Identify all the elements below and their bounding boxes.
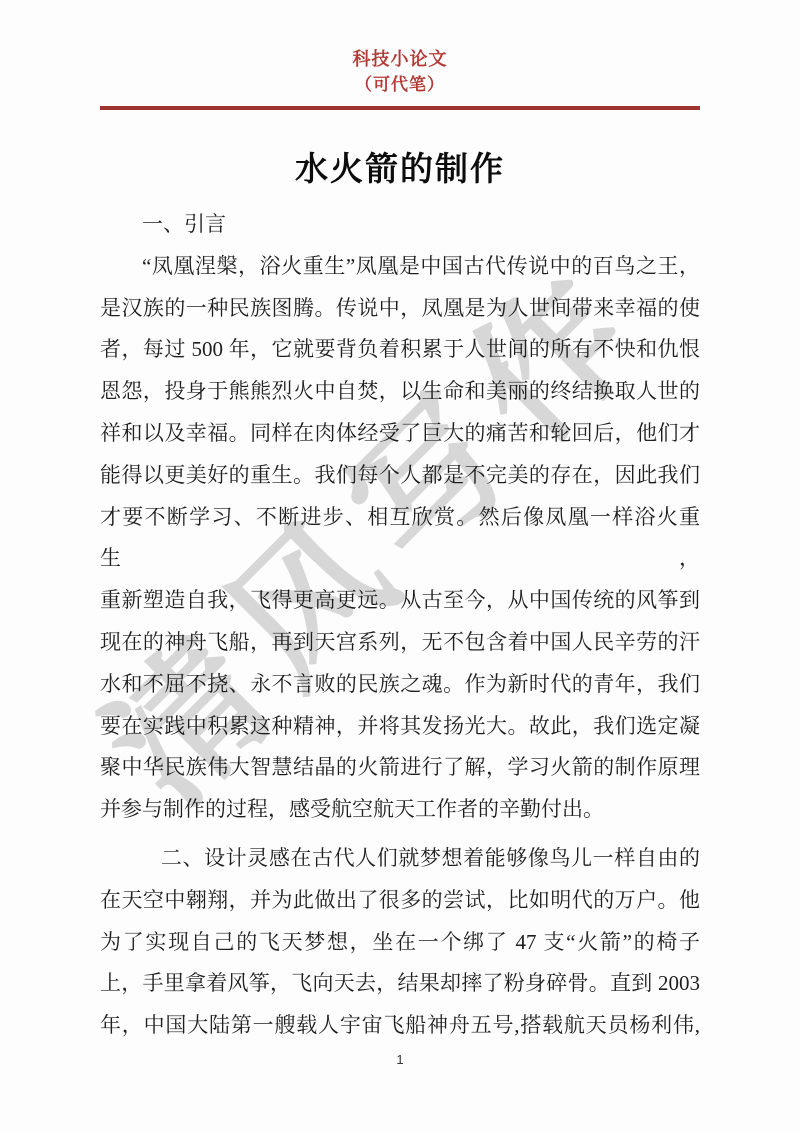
section-heading: 二、设计灵感在古代人们就梦想着能够像鸟儿一样自由的 — [100, 838, 700, 880]
header-service-subtitle: （可代笔） — [0, 72, 800, 98]
document-header: 科技小论文 （可代笔） — [0, 0, 800, 110]
body-line: 水和不屈不挠、永不言败的民族之魂。作为新时代的青年，我们 — [100, 664, 700, 706]
body-line: 能得以更美好的重生。我们每个人都是不完美的存在，因此我们 — [100, 455, 700, 497]
body-line: 恩怨，投身于熊熊烈火中自焚，以生命和美丽的终结换取人世的 — [100, 371, 700, 413]
page-title: 水火箭的制作 — [0, 148, 800, 192]
body-line: 年，中国大陆第一艘载人宇宙飞船神舟五号,搭载航天员杨利伟, — [100, 1005, 700, 1047]
body-line: 者，每过 500 年，它就要背负着积累于人世间的所有不快和仇恨 — [100, 329, 700, 371]
header-rule-divider — [100, 106, 700, 110]
body-line: 聚中华民族伟大智慧结晶的火箭进行了解，学习火箭的制作原理 — [100, 747, 700, 789]
document-footer: 1 — [0, 1051, 800, 1069]
document-body: 一、引言 “凤凰涅槃，浴火重生”凤凰是中国古代传说中的百鸟之王， 是汉族的一种民… — [100, 204, 700, 1047]
body-line: 是汉族的一种民族图腾。传说中，凤凰是为人世间带来幸福的使 — [100, 288, 700, 330]
body-line: 重新塑造自我，飞得更高更远。从古至今，从中国传统的风筝到 — [100, 580, 700, 622]
section-heading: 一、引言 — [100, 204, 700, 246]
document-page: 清风写作 科技小论文 （可代笔） 水火箭的制作 一、引言 “凤凰涅槃，浴火重生”… — [0, 0, 800, 1131]
body-line: 在天空中翱翔，并为此做出了很多的尝试，比如明代的万户。他 — [100, 880, 700, 922]
body-line: “凤凰涅槃，浴火重生”凤凰是中国古代传说中的百鸟之王， — [100, 246, 700, 288]
header-service-title: 科技小论文 — [0, 46, 800, 72]
body-line: 要在实践中积累这种精神，并将其发扬光大。故此，我们选定凝 — [100, 706, 700, 748]
body-line: 祥和以及幸福。同样在肉体经受了巨大的痛苦和轮回后，他们才 — [100, 413, 700, 455]
body-line: 并参与制作的过程，感受航空航天工作者的辛勤付出。 — [100, 789, 700, 831]
body-line: 上，手里拿着风筝，飞向天去，结果却摔了粉身碎骨。直到 2003 — [100, 963, 700, 1005]
page-number: 1 — [396, 1052, 403, 1067]
body-line: 现在的神舟飞船，再到天宫系列，无不包含着中国人民辛劳的汗 — [100, 622, 700, 664]
body-line: 为了实现自己的飞天梦想，坐在一个绑了 47 支“火箭”的椅子 — [100, 922, 700, 964]
body-line: 才要不断学习、不断进步、相互欣赏。然后像凤凰一样浴火重生， — [100, 497, 700, 581]
